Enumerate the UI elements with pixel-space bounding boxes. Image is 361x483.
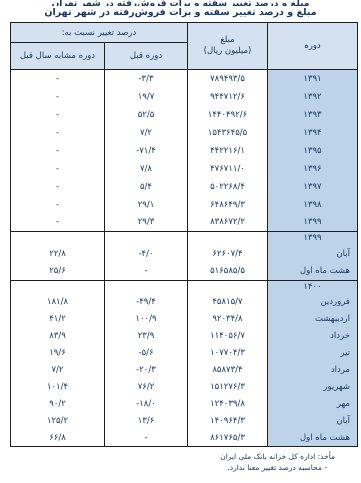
table-row: ۱۳۹۵۴۴۲۲۱۶/۱-۷۱/۴- bbox=[10, 142, 357, 160]
pct-prev-cell: ۱۳/۶ bbox=[105, 413, 188, 430]
amount-cell: ۸۳۸۶۷۲/۲ bbox=[188, 214, 268, 232]
amount-cell-value: ۴۷۶۷۱۱/۰ bbox=[210, 164, 245, 174]
pct-yoy-cell-value: - bbox=[56, 92, 59, 102]
table-row: ۱۳۹۳۱۴۴۰۴۹۲/۶۵۲/۵- bbox=[10, 106, 357, 124]
period-cell: ۱۳۹۹ bbox=[268, 214, 358, 232]
pct-yoy-cell: ۱۸۱/۸ bbox=[10, 294, 104, 311]
pct-prev-cell-value: ۱۳/۶ bbox=[138, 416, 155, 426]
pct-prev-cell: -۲۰/۳ bbox=[105, 362, 188, 379]
pct-prev-cell-value: ۱۹/۷ bbox=[138, 92, 155, 102]
report-page: مبلغ و درصد تغییر سفته و برات فروش‌رفته … bbox=[0, 0, 361, 483]
pct-prev-cell-value: ۷/۲ bbox=[140, 128, 152, 138]
pct-prev-cell-value: ۵/۴ bbox=[140, 182, 152, 192]
period-cell: ۱۳۹۷ bbox=[268, 178, 358, 196]
table-row: هشت ماه اول۸۶۱۷۶۵/۳-۶۶/۸ bbox=[10, 430, 357, 447]
pct-prev-cell: ۷۶/۲ bbox=[105, 379, 188, 396]
clipped-caption: مبلغ و درصد تغییر سفته و برات فروش‌رفته … bbox=[0, 0, 361, 6]
pct-prev-cell: -۱۸/۰ bbox=[105, 396, 188, 413]
amount-cell bbox=[188, 281, 268, 294]
header-amount-line1: مبلغ bbox=[188, 35, 267, 46]
pct-prev-cell-value: -۴۹/۴ bbox=[136, 297, 156, 307]
pct-prev-cell: - bbox=[105, 263, 188, 281]
table-row: مرداد۸۵۸۷۳/۴-۲۰/۳۷/۲ bbox=[10, 362, 357, 379]
table-row: هشت ماه اول۵۱۶۵۸۵/۵-۲۵/۶ bbox=[10, 263, 357, 281]
pct-prev-cell-value: -۴/۰ bbox=[138, 249, 153, 259]
amount-cell-value: ۴۴۲۲۱۶/۱ bbox=[210, 146, 245, 156]
pct-prev-cell: ۲۹/۱ bbox=[105, 196, 188, 214]
pct-yoy-cell: - bbox=[10, 178, 104, 196]
amount-cell-value: ۷۸۹۴۹۳/۵ bbox=[210, 74, 245, 84]
table-row: مهر۱۲۴۰۳۹/۸-۱۸/۰۹۰/۲ bbox=[10, 396, 357, 413]
period-cell: مهر bbox=[268, 396, 358, 413]
pct-yoy-cell: ۹۰/۲ bbox=[10, 396, 104, 413]
table-row: ۱۳۹۱۷۸۹۴۹۳/۵-۳/۳- bbox=[10, 70, 357, 88]
header-pct-yoy: دوره مشابه سال قبل bbox=[10, 43, 104, 70]
amount-cell: ۱۲۴۰۳۹/۸ bbox=[188, 396, 268, 413]
header-amount-line2: (میلیون ریال) bbox=[188, 46, 267, 57]
header-amount: مبلغ (میلیون ریال) bbox=[188, 23, 268, 70]
clipped-caption-text: مبلغ و درصد تغییر سفته و برات فروش‌رفته … bbox=[52, 0, 310, 6]
pct-yoy-cell: ۲۵/۶ bbox=[10, 263, 104, 281]
amount-cell: ۱۰۷۷۰۴/۳ bbox=[188, 345, 268, 362]
amount-cell: ۱۵۱۲۷۶/۳ bbox=[188, 379, 268, 396]
table-row: تیر۱۰۷۷۰۴/۳-۵/۶۱۹/۶ bbox=[10, 345, 357, 362]
pct-prev-cell-value: -۲۰/۳ bbox=[136, 365, 156, 375]
pct-prev-cell: ۷/۲ bbox=[105, 124, 188, 142]
period-cell: ۱۳۹۶ bbox=[268, 160, 358, 178]
amount-cell-value: ۴۵۸۱۵/۷ bbox=[212, 297, 242, 307]
pct-prev-cell-value: -۱۸/۰ bbox=[136, 399, 156, 409]
pct-yoy-cell: ۱۲۵/۲ bbox=[10, 413, 104, 430]
pct-prev-cell-value: ۷/۸ bbox=[140, 164, 152, 174]
pct-yoy-cell-value: ۲۵/۶ bbox=[49, 266, 66, 276]
period-cell: ۱۳۹۳ bbox=[268, 106, 358, 124]
pct-yoy-cell-value: - bbox=[56, 182, 59, 192]
amount-cell: ۵۰۲۲۶۸/۴ bbox=[188, 178, 268, 196]
pct-prev-cell: ۱۰۰/۹ bbox=[105, 311, 188, 328]
pct-yoy-cell: - bbox=[10, 88, 104, 106]
pct-prev-cell-value: ۱۰۰/۹ bbox=[135, 314, 156, 324]
pct-yoy-cell-value: ۶۶/۸ bbox=[49, 433, 66, 443]
pct-yoy-cell-value: ۱۰۱/۴ bbox=[47, 382, 68, 392]
period-cell: ۱۳۹۱ bbox=[268, 70, 358, 88]
amount-cell-value: ۸۳۸۶۷۲/۲ bbox=[210, 217, 245, 227]
amount-cell: ۹۴۴۷۱۲/۶ bbox=[188, 88, 268, 106]
amount-cell-value: ۱۰۷۷۰۴/۳ bbox=[210, 348, 245, 358]
pct-prev-cell: ۱۹/۷ bbox=[105, 88, 188, 106]
pct-prev-cell: ۲۹/۳ bbox=[105, 214, 188, 232]
pct-yoy-cell: ۸۳/۹ bbox=[10, 328, 104, 345]
pct-prev-cell-value: - bbox=[144, 433, 147, 443]
amount-cell-value: ۶۲۶۰۷/۴ bbox=[212, 249, 242, 259]
amount-cell: ۹۲۰۳۴/۸ bbox=[188, 311, 268, 328]
pct-yoy-cell-value: - bbox=[56, 217, 59, 227]
pct-yoy-cell: - bbox=[10, 196, 104, 214]
period-cell: آبان bbox=[268, 245, 358, 263]
table-row: اردیبهشت۹۲۰۳۴/۸۱۰۰/۹۴۱/۲ bbox=[10, 311, 357, 328]
pct-prev-cell: -۷۱/۴ bbox=[105, 142, 188, 160]
period-cell: ۱۳۹۸ bbox=[268, 196, 358, 214]
pct-yoy-cell-value: ۲۲/۸ bbox=[49, 249, 66, 259]
pct-prev-cell-value: ۲۳/۹ bbox=[138, 331, 155, 341]
pct-yoy-cell-value: - bbox=[56, 74, 59, 84]
pct-yoy-cell: ۱۰۱/۴ bbox=[10, 379, 104, 396]
amount-cell: ۶۴۸۶۴۹/۳ bbox=[188, 196, 268, 214]
pct-yoy-cell: - bbox=[10, 106, 104, 124]
pct-prev-cell: -۳/۳ bbox=[105, 70, 188, 88]
pct-yoy-cell: ۷/۲ bbox=[10, 362, 104, 379]
period-cell: ۱۳۹۹ bbox=[268, 232, 358, 245]
header-row-1: دوره مبلغ (میلیون ریال) درصد تغییر نسبت … bbox=[10, 23, 357, 43]
amount-cell-value: ۵۱۶۵۸۵/۵ bbox=[210, 266, 245, 276]
period-cell: خرداد bbox=[268, 328, 358, 345]
section-year-row: ۱۳۹۹ bbox=[10, 232, 357, 245]
section-year-row: ۱۴۰۰ bbox=[10, 281, 357, 294]
pct-prev-cell-value: -۳/۳ bbox=[138, 74, 153, 84]
safteh-barat-table: دوره مبلغ (میلیون ریال) درصد تغییر نسبت … bbox=[10, 22, 358, 447]
table-row: ۱۳۹۲۹۴۴۷۱۲/۶۱۹/۷- bbox=[10, 88, 357, 106]
amount-cell: ۸۵۸۷۳/۴ bbox=[188, 362, 268, 379]
pct-yoy-cell: - bbox=[10, 70, 104, 88]
pct-prev-cell: -۴۹/۴ bbox=[105, 294, 188, 311]
pct-prev-cell: - bbox=[105, 430, 188, 447]
table-title: مبلغ و درصد تغییر سفته و برات فروش‌رفته … bbox=[0, 6, 361, 22]
pct-prev-cell: -۵/۶ bbox=[105, 345, 188, 362]
amount-cell-value: ۸۶۱۷۶۵/۳ bbox=[210, 433, 245, 443]
pct-yoy-cell-value: ۸۳/۹ bbox=[49, 331, 66, 341]
pct-yoy-cell: - bbox=[10, 124, 104, 142]
pct-prev-cell-value: ۲۹/۳ bbox=[138, 217, 155, 227]
period-cell: مرداد bbox=[268, 362, 358, 379]
pct-prev-cell-value: -۵/۶ bbox=[138, 348, 153, 358]
pct-yoy-cell-value: - bbox=[56, 110, 59, 120]
footnotes: مأخذ: اداره کل خزانه بانک ملی ایران - مح… bbox=[0, 451, 361, 473]
amount-cell: ۸۶۱۷۶۵/۳ bbox=[188, 430, 268, 447]
amount-cell: ۷۸۹۴۹۳/۵ bbox=[188, 70, 268, 88]
amount-cell-value: ۶۴۸۶۴۹/۳ bbox=[210, 200, 245, 210]
pct-prev-cell bbox=[105, 232, 188, 245]
pct-yoy-cell: - bbox=[10, 160, 104, 178]
pct-yoy-cell: - bbox=[10, 214, 104, 232]
amount-cell-value: ۱۵۱۲۷۶/۳ bbox=[210, 382, 245, 392]
pct-yoy-cell-value: - bbox=[56, 146, 59, 156]
period-cell: تیر bbox=[268, 345, 358, 362]
pct-yoy-cell: ۴۱/۲ bbox=[10, 311, 104, 328]
period-cell: فروردین bbox=[268, 294, 358, 311]
amount-cell-value: ۵۰۲۲۶۸/۴ bbox=[210, 182, 245, 192]
amount-cell-value: ۱۴۰۹۶۴/۳ bbox=[210, 416, 245, 426]
amount-cell-value: ۱۵۴۳۶۴۵/۵ bbox=[208, 128, 247, 138]
header-period: دوره bbox=[268, 23, 358, 70]
pct-yoy-cell-value: ۱۲۵/۲ bbox=[47, 416, 68, 426]
amount-cell: ۴۵۸۱۵/۷ bbox=[188, 294, 268, 311]
pct-yoy-cell: ۲۲/۸ bbox=[10, 245, 104, 263]
table-row: ۱۳۹۴۱۵۴۳۶۴۵/۵۷/۲- bbox=[10, 124, 357, 142]
pct-prev-cell-value: ۷۶/۲ bbox=[138, 382, 155, 392]
pct-yoy-cell-value: - bbox=[56, 200, 59, 210]
table-row: آبان۶۲۶۰۷/۴-۴/۰۲۲/۸ bbox=[10, 245, 357, 263]
amount-cell: ۱۵۴۳۶۴۵/۵ bbox=[188, 124, 268, 142]
pct-prev-cell: ۲۳/۹ bbox=[105, 328, 188, 345]
table-row: ۱۳۹۶۴۷۶۷۱۱/۰۷/۸- bbox=[10, 160, 357, 178]
pct-yoy-cell-value: - bbox=[56, 128, 59, 138]
pct-prev-cell bbox=[105, 281, 188, 294]
pct-yoy-cell-value: ۱۸۱/۸ bbox=[47, 297, 68, 307]
amount-cell-value: ۱۲۴۰۳۹/۸ bbox=[210, 399, 245, 409]
amount-cell: ۵۱۶۵۸۵/۵ bbox=[188, 263, 268, 281]
amount-cell: ۱۴۰۹۶۴/۳ bbox=[188, 413, 268, 430]
pct-yoy-cell-value: ۴۱/۲ bbox=[49, 314, 66, 324]
pct-yoy-cell-value: ۷/۲ bbox=[51, 365, 63, 375]
amount-cell: ۱۴۴۰۴۹۲/۶ bbox=[188, 106, 268, 124]
header-pct-group: درصد تغییر نسبت به: bbox=[10, 23, 187, 43]
period-cell: ۱۳۹۵ bbox=[268, 142, 358, 160]
pct-prev-cell: ۵۲/۵ bbox=[105, 106, 188, 124]
amount-cell-value: ۱۴۴۰۴۹۲/۶ bbox=[208, 110, 247, 120]
period-cell: ۱۳۹۲ bbox=[268, 88, 358, 106]
amount-cell: ۴۷۶۷۱۱/۰ bbox=[188, 160, 268, 178]
pct-yoy-cell: ۱۹/۶ bbox=[10, 345, 104, 362]
amount-cell-value: ۹۴۴۷۱۲/۶ bbox=[210, 92, 245, 102]
pct-prev-cell-value: ۲۹/۱ bbox=[138, 200, 155, 210]
pct-yoy-cell-value: ۹۰/۲ bbox=[49, 399, 66, 409]
table-header: دوره مبلغ (میلیون ریال) درصد تغییر نسبت … bbox=[10, 23, 357, 70]
header-pct-prev: دوره قبل bbox=[105, 43, 188, 70]
pct-prev-cell: ۷/۸ bbox=[105, 160, 188, 178]
amount-cell: ۶۲۶۰۷/۴ bbox=[188, 245, 268, 263]
table-row: آبان۱۴۰۹۶۴/۳۱۳/۶۱۲۵/۲ bbox=[10, 413, 357, 430]
table-row: ۱۳۹۸۶۴۸۶۴۹/۳۲۹/۱- bbox=[10, 196, 357, 214]
table-row: خرداد۱۱۴۰۵۶/۷۲۳/۹۸۳/۹ bbox=[10, 328, 357, 345]
dash-note: - محاسبه درصد تغییر معنا ندارد. bbox=[0, 462, 361, 473]
amount-cell-value: ۱۱۴۰۵۶/۷ bbox=[210, 331, 245, 341]
pct-yoy-cell bbox=[10, 281, 104, 294]
amount-cell: ۴۴۲۲۱۶/۱ bbox=[188, 142, 268, 160]
period-cell: هشت ماه اول bbox=[268, 430, 358, 447]
amount-cell-value: ۸۵۸۷۳/۴ bbox=[212, 365, 242, 375]
table-row: شهریور۱۵۱۲۷۶/۳۷۶/۲۱۰۱/۴ bbox=[10, 379, 357, 396]
period-cell: اردیبهشت bbox=[268, 311, 358, 328]
source-note: مأخذ: اداره کل خزانه بانک ملی ایران bbox=[0, 451, 361, 462]
pct-yoy-cell: ۶۶/۸ bbox=[10, 430, 104, 447]
period-cell: هشت ماه اول bbox=[268, 263, 358, 281]
amount-cell bbox=[188, 232, 268, 245]
table-row: فروردین۴۵۸۱۵/۷-۴۹/۴۱۸۱/۸ bbox=[10, 294, 357, 311]
amount-cell-value: ۹۲۰۳۴/۸ bbox=[212, 314, 242, 324]
pct-prev-cell: -۴/۰ bbox=[105, 245, 188, 263]
amount-cell: ۱۱۴۰۵۶/۷ bbox=[188, 328, 268, 345]
pct-prev-cell: ۵/۴ bbox=[105, 178, 188, 196]
period-cell: آبان bbox=[268, 413, 358, 430]
pct-yoy-cell: - bbox=[10, 142, 104, 160]
period-cell: ۱۳۹۴ bbox=[268, 124, 358, 142]
pct-yoy-cell-value: - bbox=[56, 164, 59, 174]
table-row: ۱۳۹۹۸۳۸۶۷۲/۲۲۹/۳- bbox=[10, 214, 357, 232]
table-body: ۱۳۹۱۷۸۹۴۹۳/۵-۳/۳-۱۳۹۲۹۴۴۷۱۲/۶۱۹/۷-۱۳۹۳۱۴… bbox=[10, 70, 357, 447]
table-row: ۱۳۹۷۵۰۲۲۶۸/۴۵/۴- bbox=[10, 178, 357, 196]
pct-yoy-cell-value: ۱۹/۶ bbox=[49, 348, 66, 358]
period-cell: شهریور bbox=[268, 379, 358, 396]
period-cell: ۱۴۰۰ bbox=[268, 281, 358, 294]
pct-yoy-cell bbox=[10, 232, 104, 245]
pct-prev-cell-value: ۵۲/۵ bbox=[138, 110, 155, 120]
pct-prev-cell-value: -۷۱/۴ bbox=[136, 146, 156, 156]
pct-prev-cell-value: - bbox=[144, 266, 147, 276]
